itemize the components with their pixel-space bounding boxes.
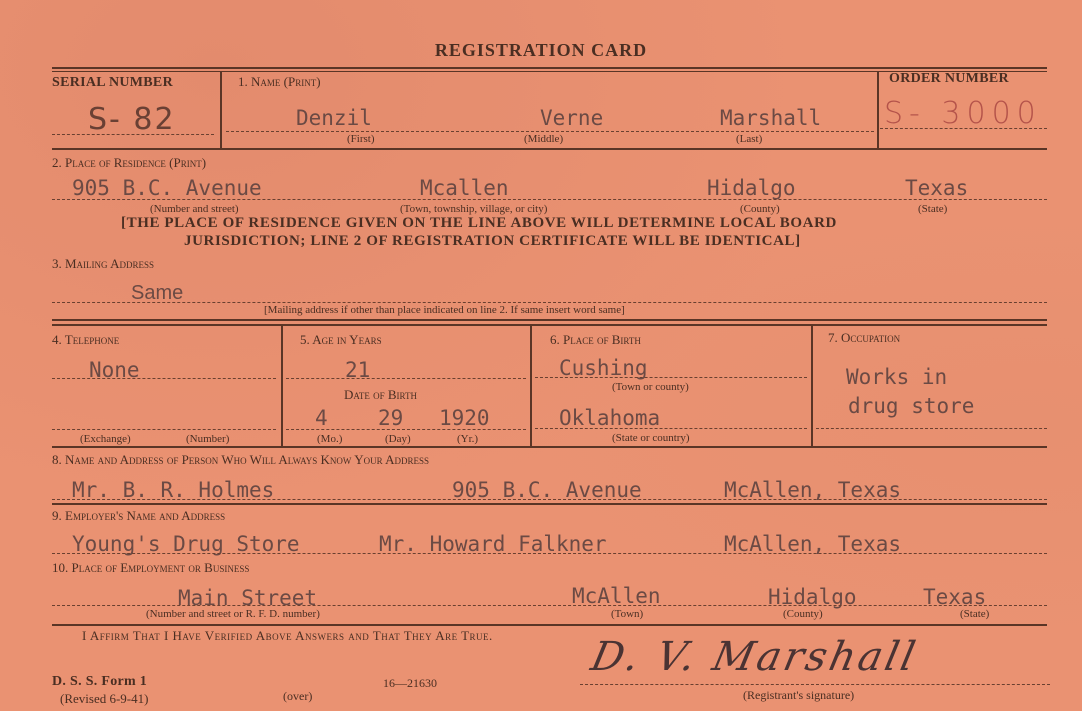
serial-number-label: SERIAL NUMBER <box>52 75 173 91</box>
signature-line <box>580 684 1050 685</box>
number-caption: (Number) <box>186 433 229 445</box>
residence-label: 2. Place of Residence (Print) <box>52 155 206 171</box>
last-name: Marshall <box>720 106 821 130</box>
last-caption: (Last) <box>736 133 762 145</box>
birthplace-town-line <box>535 377 807 378</box>
state-caption: (State) <box>918 203 947 215</box>
residence-line <box>52 199 1047 200</box>
day-caption: (Day) <box>385 433 411 445</box>
first-caption: (First) <box>347 133 375 145</box>
birthplace-town-caption: (Town or county) <box>612 381 689 393</box>
row-rule <box>52 446 1047 448</box>
form-revised: (Revised 6-9-41) <box>60 691 148 707</box>
mailing-line <box>52 302 1047 303</box>
print-code: 16—21630 <box>383 676 437 691</box>
dob-day: 29 <box>378 406 403 430</box>
mailing-label: 3. Mailing Address <box>52 256 154 272</box>
divider <box>530 326 532 446</box>
order-number-label: ORDER NUMBER <box>889 71 1009 87</box>
divider <box>220 72 222 148</box>
employment-town-caption: (Town) <box>611 608 643 620</box>
mailing-caption: [Mailing address if other than place ind… <box>264 304 625 316</box>
county-caption: (County) <box>740 203 780 215</box>
card-title: REGISTRATION CARD <box>0 40 1082 61</box>
employer-line <box>52 553 1047 554</box>
employment-place-label: 10. Place of Employment or Business <box>52 560 249 576</box>
occupation-line2: drug store <box>848 394 974 418</box>
telephone-line-2 <box>52 429 276 430</box>
birthplace-state-line <box>535 428 807 429</box>
name-label: 1. Name (Print) <box>238 74 321 90</box>
row-rule <box>52 148 1047 150</box>
serial-line <box>52 134 214 135</box>
dob-label: Date of Birth <box>344 387 417 403</box>
signature-caption: (Registrant's signature) <box>743 688 854 703</box>
exchange-caption: (Exchange) <box>80 433 131 445</box>
dob-month: 4 <box>315 406 328 430</box>
middle-caption: (Middle) <box>524 133 563 145</box>
contact-line <box>52 499 1047 500</box>
residence-county: Hidalgo <box>707 176 796 200</box>
street-caption: (Number and street) <box>150 203 239 215</box>
order-line <box>880 128 1047 129</box>
town-caption: (Town, township, village, or city) <box>400 203 547 215</box>
divider <box>281 326 283 446</box>
divider <box>811 326 813 446</box>
residence-state: Texas <box>905 176 968 200</box>
employment-street: Main Street <box>178 586 317 610</box>
first-name: Denzil <box>296 106 372 130</box>
employment-state-caption: (State) <box>960 608 989 620</box>
occupation-line1: Works in <box>846 365 947 389</box>
jurisdiction-notice-line1: [THE PLACE OF RESIDENCE GIVEN ON THE LIN… <box>121 215 837 232</box>
residence-street: 905 B.C. Avenue <box>72 176 262 200</box>
row-rule-double <box>52 319 1047 321</box>
top-rule <box>52 67 1047 69</box>
dob-line <box>286 429 526 430</box>
divider <box>877 72 879 148</box>
order-number-value: S- 3000 <box>884 96 1042 131</box>
employment-street-caption: (Number and street or R. F. D. number) <box>146 608 320 620</box>
employer-label: 9. Employer's Name and Address <box>52 508 225 524</box>
age-line <box>286 378 526 379</box>
name-line <box>226 131 874 132</box>
over-note: (over) <box>283 689 312 704</box>
affirmation-text: I Affirm That I Have Verified Above Answ… <box>82 628 493 644</box>
contact-label: 8. Name and Address of Person Who Will A… <box>52 452 429 468</box>
telephone-line <box>52 378 276 379</box>
occupation-label: 7. Occupation <box>828 330 900 346</box>
year-caption: (Yr.) <box>457 433 478 445</box>
residence-town: Mcallen <box>420 176 509 200</box>
registrant-signature: D. V. Marshall <box>587 634 922 680</box>
row-rule <box>52 503 1047 505</box>
dob-year: 1920 <box>439 406 490 430</box>
middle-name: Verne <box>540 106 603 130</box>
month-caption: (Mo.) <box>317 433 342 445</box>
birthplace-state-caption: (State or country) <box>612 432 690 444</box>
birthplace-state: Oklahoma <box>559 406 660 430</box>
row-rule-double <box>52 324 1047 326</box>
jurisdiction-notice-line2: JURISDICTION; LINE 2 OF REGISTRATION CER… <box>184 233 801 250</box>
employment-county-caption: (County) <box>783 608 823 620</box>
serial-number-value: S- 82 <box>88 102 176 137</box>
occupation-line <box>816 428 1047 429</box>
row-rule <box>52 624 1047 626</box>
telephone-label: 4. Telephone <box>52 332 119 348</box>
form-number: D. S. S. Form 1 <box>52 674 147 690</box>
employment-line <box>52 605 1047 606</box>
birthplace-label: 6. Place of Birth <box>550 332 641 348</box>
age-label: 5. Age in Years <box>300 332 382 348</box>
